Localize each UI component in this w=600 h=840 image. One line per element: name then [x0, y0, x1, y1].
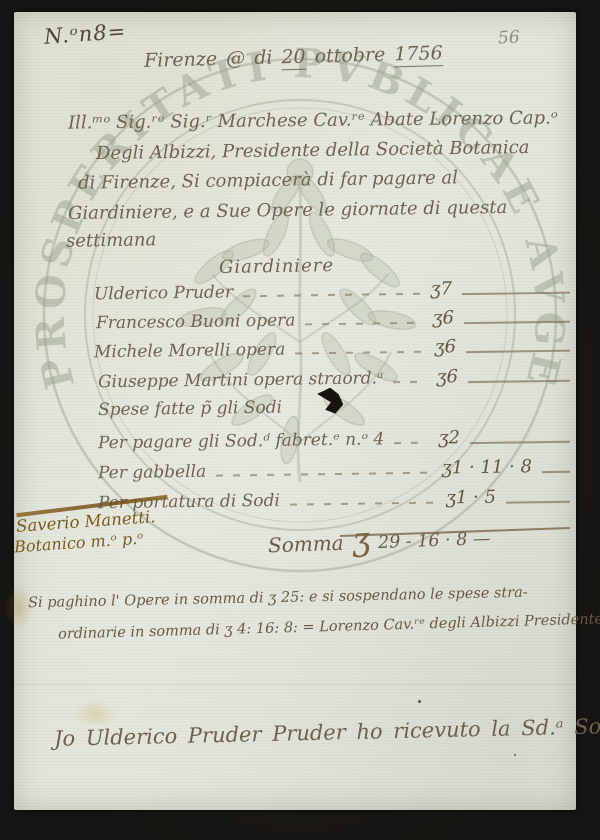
- ledger-row-name: Francesco Buoni opera: [96, 311, 296, 334]
- date-month: ottobre: [305, 43, 394, 67]
- ledger-row-amount: ʒ1 · 5: [446, 487, 497, 509]
- ink-speck: [514, 754, 516, 756]
- amount-rule: [466, 349, 570, 352]
- dotted-leader: [295, 350, 424, 354]
- amount-rule: [542, 470, 570, 472]
- ledger-row-name: Per pagare gli Sod.ᵈ fabret.ᵉ n.ᵒ 4: [98, 429, 385, 453]
- ledger-row-name: Spese fatte p̃ gli Sodi: [98, 398, 282, 421]
- somma-currency-sign: ʒ: [351, 519, 372, 558]
- ledger-row-amount: ʒ1 · 11 · 8: [442, 456, 533, 478]
- manuscript-page: PROSPERITATI PVBLICAE AVGENDAE: [14, 12, 576, 810]
- date-place: Firenze @ di: [144, 46, 282, 72]
- dotted-leader: [290, 501, 436, 505]
- salutation-line-2: Degli Albizzi, Presidente della Società …: [96, 137, 530, 164]
- salutation-line-4: Giardiniere, e a Sue Opere le giornate d…: [68, 197, 508, 224]
- amount-rule: [506, 500, 570, 503]
- ledger-row-sodi-pagare: Per pagare gli Sod.ᵈ fabret.ᵉ n.ᵒ 4 ʒ2: [98, 426, 570, 454]
- date-year: 1756: [394, 42, 443, 67]
- pencil-page-number: 56: [497, 27, 520, 48]
- fold-crease: [14, 684, 576, 685]
- dotted-leader: [216, 471, 432, 476]
- date-line: Firenze @ di 20 ottobre 1756: [144, 42, 443, 72]
- ledger-row-name: Giuseppe Martini opera straord.ᵃ: [98, 368, 384, 392]
- amount-rule: [464, 320, 570, 323]
- somma-value: 29 - 16 · 8 —: [378, 529, 491, 553]
- date-day: 20: [281, 46, 306, 71]
- scan-background: PROSPERITATI PVBLICAE AVGENDAE: [0, 0, 600, 840]
- dotted-leader: [393, 380, 426, 382]
- ledger-row-morelli: Michele Morelli opera ʒ6: [94, 335, 570, 363]
- decree-line-1: Si paghino l' Opere in somma di ʒ 25: e …: [28, 585, 528, 611]
- ledger-row-portatura: Per portatura di Sodi ʒ1 · 5: [98, 486, 570, 514]
- ledger-row-amount: ʒ6: [434, 336, 456, 357]
- somma-label: Somma: [268, 531, 344, 558]
- ledger-row-spese: Spese fatte p̃ gli Sodi: [98, 396, 398, 420]
- ledger-row-amount: ʒ6: [432, 307, 454, 328]
- amount-rule: [470, 440, 570, 443]
- ledger-row-martini: Giuseppe Martini opera straord.ᵃ ʒ6: [98, 365, 570, 393]
- amount-rule: [462, 291, 570, 295]
- ledger-row-pruder: Ulderico Pruder ʒ7: [94, 277, 570, 305]
- ledger-row-amount: ʒ7: [430, 278, 452, 299]
- salutation-line-3: di Firenze, Si compiacerà di far pagare …: [78, 167, 458, 193]
- dotted-leader: [243, 292, 420, 296]
- ledger-row-name: Ulderico Pruder: [94, 282, 233, 304]
- ledger-row-name: Michele Morelli opera: [94, 340, 286, 363]
- ledger-row-name: Per gabbella: [98, 462, 206, 484]
- decree-line-2: ordinarie in somma di ʒ 4: 16: 8: = Lore…: [58, 611, 600, 642]
- receipt-line: Jo Ulderico Pruder Pruder ho ricevuto la…: [54, 713, 600, 751]
- salutation-line-5: settimana: [66, 229, 157, 252]
- ink-speck: [418, 700, 421, 703]
- ledger-row-gabbella: Per gabbella ʒ1 · 11 · 8: [98, 456, 570, 484]
- yellow-stain: [72, 700, 118, 728]
- dotted-leader: [394, 441, 428, 443]
- salutation-line-1: Ill.ᵐᵒ Sig.ʳᵉ Sig.ʳ Marchese Cav.ʳᵉ Abat…: [68, 107, 558, 133]
- ledger-row-amount: ʒ6: [436, 366, 458, 387]
- amount-rule: [468, 379, 570, 382]
- ledger-section-title: Giardiniere: [219, 255, 334, 278]
- ledger-row-amount: ʒ2: [438, 427, 460, 448]
- ledger-row-buoni: Francesco Buoni opera ʒ6: [96, 306, 570, 334]
- filing-mark: N.ᵒn8=: [43, 19, 127, 49]
- dotted-leader: [305, 321, 422, 325]
